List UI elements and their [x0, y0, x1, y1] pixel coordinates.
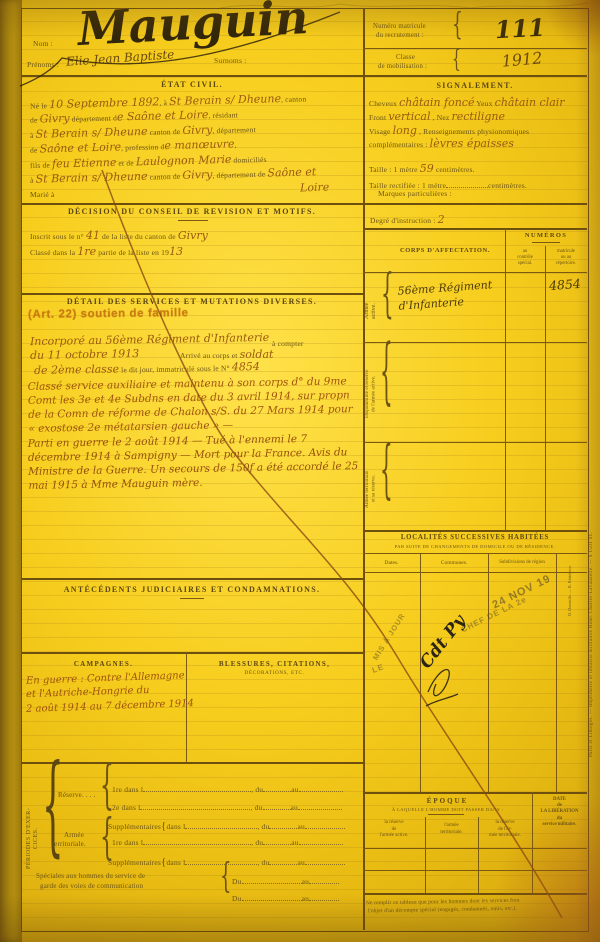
row3-supp: Supplémentaires [108, 822, 161, 831]
territoriale-label-1: Armée [64, 831, 84, 839]
row3-dansl: dans l [166, 822, 185, 831]
blessures-title: BLESSURES, CITATIONS, [186, 660, 363, 668]
matricule-value: 111 [477, 12, 562, 45]
localites-col-side: D. Domicile. — R. Résidence. [567, 552, 572, 628]
dotted-leader [298, 801, 342, 810]
prenoms-label: Prénoms : [27, 60, 59, 69]
hline-corps-row2 [363, 442, 587, 443]
campagnes-title: CAMPAGNES. [21, 660, 186, 668]
row2-au: au [291, 803, 298, 812]
hline-epoque-top [363, 792, 587, 794]
row4-au: au [291, 838, 298, 847]
territoriale-brace: { [380, 436, 393, 500]
row5-supp: Supplémentaires [108, 858, 161, 867]
dotted-leader [143, 783, 251, 792]
hline-localites-top [363, 530, 587, 532]
epoque-title: ÉPOQUE [363, 797, 532, 805]
hline-epoque-bottom [363, 893, 587, 895]
localites-col-communes: Communes. [420, 560, 488, 566]
localites-subtitle: PAR SUITE DE CHANGEMENTS DE DOMICILE OU … [363, 544, 587, 549]
dotted-leader [242, 892, 302, 901]
corps-affectation-header: CORPS D'AFFECTATION. [385, 247, 505, 254]
epoque-col1-header: la réserve de l'armée active. [363, 820, 425, 840]
classe-label-1: Classe [396, 54, 415, 61]
matricule-label-2: du recrutement : [376, 32, 424, 39]
periodes-row-2: 2e dans l, duau [112, 797, 342, 815]
row1-label: 1re dans l [112, 785, 143, 794]
art22-stamp: (Art. 22) soutien de famille [28, 307, 189, 321]
dotted-leader [269, 856, 297, 865]
disponibilite-brace: { [380, 334, 393, 406]
matricule-brace: { [452, 11, 463, 42]
row6-au: au [302, 877, 309, 886]
decision-line-2: Classé dans la 1re partie de la liste en… [30, 242, 183, 260]
row5-du: , du [257, 858, 269, 867]
hline-localites-headrow-top [363, 553, 587, 554]
epoque-subtitle-rule [428, 814, 464, 815]
dotted-leader [309, 892, 339, 901]
printer-imprint: Paris et Limoges. — Imprimerie et librai… [588, 480, 594, 810]
dotted-leader [185, 820, 257, 829]
hline-epoque-head-bottom [363, 848, 587, 849]
vline-matricule [545, 246, 546, 530]
periodes-row-7: Duau [232, 888, 339, 906]
territoriale-label-2: territoriale. [52, 840, 86, 848]
row5-dansl: dans l [166, 858, 185, 867]
dotted-leader [263, 836, 291, 845]
hline-antecedents-top [21, 578, 363, 580]
localites-col-dates: Dates. [363, 560, 420, 566]
periodes-row-4: 1re dans l, duau [112, 832, 343, 850]
hline-periodes-top [21, 762, 363, 764]
signalement-line-4: complémentaires : lèvres épaisses [369, 134, 514, 152]
hline-corps-row1 [363, 342, 587, 343]
vline-localites-3 [556, 553, 557, 792]
service-line-1b: à compter [272, 333, 304, 351]
hline-header-bottom-right [363, 75, 587, 77]
hline-epoque-row [363, 870, 587, 871]
periodes-row-6: Duau [232, 871, 339, 889]
hline-etatcivil-bottom [21, 203, 363, 205]
hline-corps-top [363, 228, 587, 230]
vline-epoque-1 [425, 817, 426, 893]
dotted-leader [143, 836, 251, 845]
row4-du: , du [251, 838, 263, 847]
taille-rectifiee-unit: centimètres. [488, 181, 527, 190]
hline-signalement-bottom [363, 203, 587, 205]
row1-du: , du [251, 785, 263, 794]
row4-label: 1re dans l [112, 838, 143, 847]
periodes-row-5: Supplémentaires{dans l, duau [108, 852, 345, 870]
epoque-col3-header: la réserve de l'ar- mée territoriale. [478, 820, 532, 840]
dotted-leader [305, 820, 345, 829]
row5-au: au [297, 858, 304, 867]
dotted-leader [263, 783, 291, 792]
reserve-label: Réserve. . . . [58, 791, 96, 799]
row1-au: au [291, 785, 298, 794]
marie-label: Marié à [30, 190, 55, 199]
service-paragraph-3: Parti en guerre le 2 août 1914 — Tué à l… [28, 431, 361, 493]
armee-active-brace: { [381, 267, 394, 319]
dotted-leader [242, 875, 302, 884]
blessures-subtitle: DÉCORATIONS, ETC. [186, 670, 363, 676]
row7-du: Du [232, 894, 242, 903]
classe-brace: { [452, 48, 461, 72]
surnoms-label: Surnoms : [214, 56, 246, 65]
antecedents-title-rule [180, 598, 204, 599]
vline-localites-1 [420, 553, 421, 792]
row6-du: Du [232, 877, 242, 886]
row7-au: au [302, 894, 309, 903]
etat-civil-line-7: Loire [300, 177, 330, 196]
decision-title: DÉCISION DU CONSEIL DE REVISION ET MOTIF… [21, 207, 363, 216]
decision-title-rule [178, 220, 208, 221]
row3-du: , du [257, 822, 269, 831]
armee-active-label: Armée active. [364, 282, 378, 340]
service-paragraph-2: Classé service auxiliaire et maintenu à … [28, 374, 361, 436]
dotted-leader [446, 179, 488, 188]
detail-title: DÉTAIL DES SERVICES ET MUTATIONS DIVERSE… [21, 297, 363, 306]
dotted-leader [185, 856, 257, 865]
epoque-col4-header: DATE de LA LIBÉRATION du service militai… [532, 797, 587, 828]
matricule-label-1: Numéro matricule [373, 23, 426, 30]
periodes-row-1: 1re dans l, duau [112, 779, 343, 797]
localites-title: LOCALITÉS SUCCESSIVES HABITÉES [363, 534, 587, 541]
military-record-sheet: Mauguin Nom : Prénoms : Elie Jean Baptis… [0, 0, 600, 942]
numeros-underline [532, 242, 560, 243]
row2-du: , du [250, 803, 262, 812]
epoque-col2-header: l'armée territoriale. [425, 823, 478, 836]
binding-edge [0, 0, 22, 942]
hline-corps-header-bottom [363, 272, 587, 273]
localites-col-subdivisions: Subdivisions de région [488, 560, 556, 565]
classe-label-2: de mobilisation : [378, 63, 427, 70]
periodes-side-label: PÉRIODES D'EXER- CICES. [26, 792, 40, 884]
numeros-header: NUMÉROS [505, 232, 587, 239]
antecedents-title: ANTÉCÉDENTS JUDICIAIRES ET CONDAMNATIONS… [21, 585, 363, 594]
speciales-label-2: garde des voies de communication [40, 882, 143, 890]
speciales-label-1: Spéciales aux hommes du service de [36, 872, 145, 880]
degre-instruction-line: Degré d'instruction : 2 [370, 210, 445, 228]
hline-detail-top [21, 293, 363, 295]
vline-epoque-2 [478, 817, 479, 893]
vline-epoque-3 [532, 792, 533, 893]
numeros-sub1: au contrôle spécial. [505, 249, 545, 267]
disponibilite-label: Disponibilité et réserve de l'armée acti… [364, 352, 377, 436]
territoriale-label: Armée territoriale et sa réserve. [364, 452, 377, 526]
row2-label: 2e dans l [112, 803, 140, 812]
dotted-leader [299, 836, 343, 845]
row3-au: au [297, 822, 304, 831]
hline-localites-headrow-bottom [363, 572, 587, 573]
dotted-leader [263, 801, 291, 810]
vline-numeros [505, 228, 506, 530]
signalement-title: SIGNALEMENT. [363, 81, 587, 90]
nom-label: Nom : [33, 39, 53, 48]
epoque-subtitle: À LAQUELLE L'HOMME DOIT PASSER DANS : [363, 807, 532, 812]
dotted-leader [309, 875, 339, 884]
dotted-leader [299, 783, 343, 792]
etat-civil-title: ÉTAT CIVIL. [21, 80, 363, 89]
hline-campagnes-top [21, 652, 363, 654]
matricule-number-value: 4854 [549, 276, 582, 293]
numeros-sub2: matricule ou au répertoire. [545, 249, 587, 267]
hline-header-bottom-left [21, 75, 363, 77]
dotted-leader [305, 856, 345, 865]
marques-label: Marques particulières : [378, 189, 452, 198]
vline-localites-2 [488, 553, 489, 792]
dotted-leader [269, 820, 297, 829]
dotted-leader [140, 801, 250, 810]
